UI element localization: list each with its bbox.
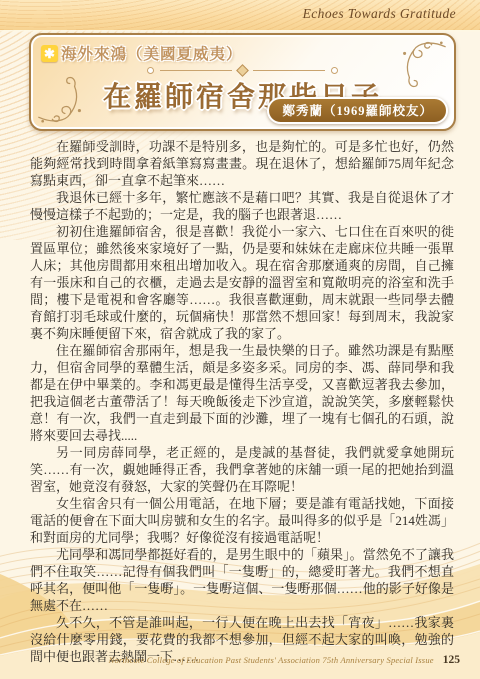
paragraph: 另一同房薛同學，老正經的，是虔誠的基督徒，我們就愛拿她開玩笑……有一次，覷她睡得… xyxy=(30,444,454,495)
page-footer: Northcote College of Education Past Stud… xyxy=(109,654,460,666)
paragraph: 在羅師受訓時，功課不是特別多，也是夠忙的。可是多忙也好，仍然能夠經常找到時間拿着… xyxy=(30,138,454,189)
paragraph: 初初住進羅師宿舍，很是喜歡！我從小一家六、七口住在百來呎的徙置區單位；雖然後來家… xyxy=(30,223,454,342)
asterisk-icon: ✱ xyxy=(41,45,58,62)
paragraph: 我退休已經十多年，繁忙應該不是藉口吧？其實、我是自從退休了才慢慢這樣子不起勁的；… xyxy=(30,189,454,223)
ring-icon xyxy=(331,67,338,74)
page-number: 125 xyxy=(443,654,460,666)
journal-title: Northcote College of Education Past Stud… xyxy=(109,655,434,665)
divider-line xyxy=(160,70,232,71)
author-badge: 鄭秀蘭（1969羅師校友） xyxy=(267,97,448,124)
paragraph: 女生宿舍只有一個公用電話，在地下層；要是誰有電話找她，下面接電話的便會在下面大叫… xyxy=(30,495,454,546)
category-badge: ✱ 海外來鴻（美國夏威夷） xyxy=(41,42,243,64)
category-label: 海外來鴻（美國夏威夷） xyxy=(61,42,243,64)
paragraph: 住在羅師宿舍那兩年，想是我一生最快樂的日子。雖然功課是有點壓力，但宿舍同學的羣體… xyxy=(30,342,454,444)
ring-icon xyxy=(147,67,154,74)
divider-line xyxy=(253,70,325,71)
paragraph: 尤同學和馮同學都挺好看的，是男生眼中的「蘋果」。當然免不了讓我們不住取笑……記得… xyxy=(30,546,454,614)
magazine-page: Echoes Towards Gratitude ✱ xyxy=(0,0,480,679)
article-body: 在羅師受訓時，功課不是特別多，也是夠忙的。可是多忙也好，仍然能夠經常找到時間拿着… xyxy=(30,138,454,665)
article-header-box: ✱ 海外來鴻（美國夏威夷） 在羅師宿舍那些日子 鄭秀蘭（1969羅師校友） xyxy=(29,33,456,131)
title-divider xyxy=(31,66,454,75)
section-motto: Echoes Towards Gratitude xyxy=(303,6,456,22)
